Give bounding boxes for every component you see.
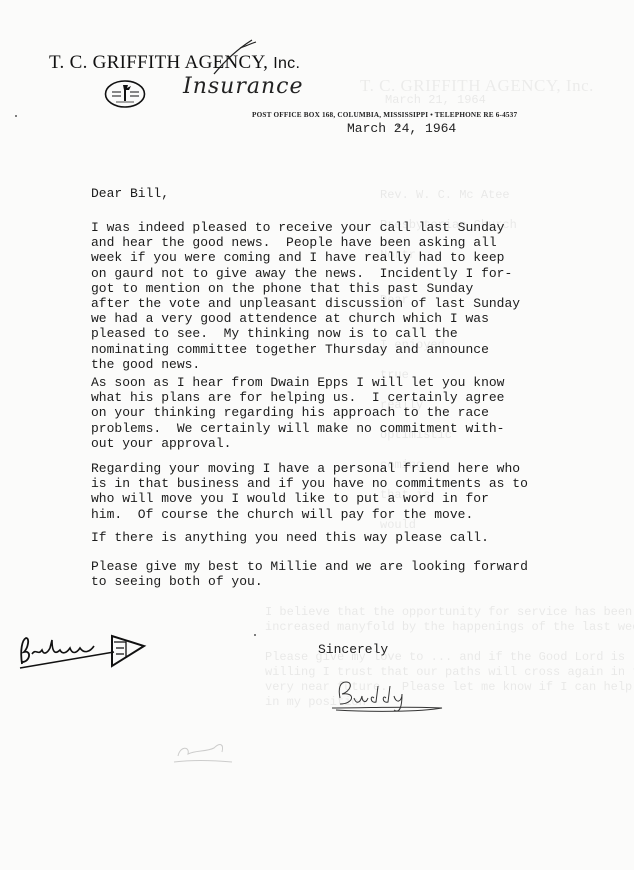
letter-date: March 24, 1964 (347, 121, 456, 136)
stamp-signature-pennant-icon (14, 632, 149, 672)
speck (254, 634, 256, 636)
agency-name: T. C. GRIFFITH AGENCY, Inc. (49, 52, 300, 74)
paragraph-best-wishes: Please give my best to Millie and we are… (91, 559, 528, 589)
letterhead-address: POST OFFICE BOX 168, COLUMBIA, MISSISSIP… (252, 111, 517, 119)
paragraph-moving: Regarding your moving I have a personal … (91, 461, 528, 522)
speck (397, 125, 399, 127)
insurance-script: Insurance (183, 74, 303, 99)
faint-signature-bleed (170, 738, 240, 768)
paragraph-dwain-epps: As soon as I hear from Dwain Epps I will… (91, 375, 504, 451)
closing: Sincerely (318, 642, 388, 657)
agency-suffix: Inc. (273, 55, 300, 72)
speck (15, 115, 17, 117)
paragraph-news: I was indeed pleased to receive your cal… (91, 220, 520, 372)
handwritten-signature (330, 672, 450, 717)
salutation: Dear Bill, (91, 186, 169, 201)
letter-page: T. C. GRIFFITH AGENCY, Inc. March 21, 19… (0, 0, 634, 870)
bleed-through-header: T. C. GRIFFITH AGENCY, Inc. (360, 76, 594, 96)
paragraph-anything: If there is anything you need this way p… (91, 530, 489, 545)
eagle-emblem-logo-icon (104, 79, 146, 109)
